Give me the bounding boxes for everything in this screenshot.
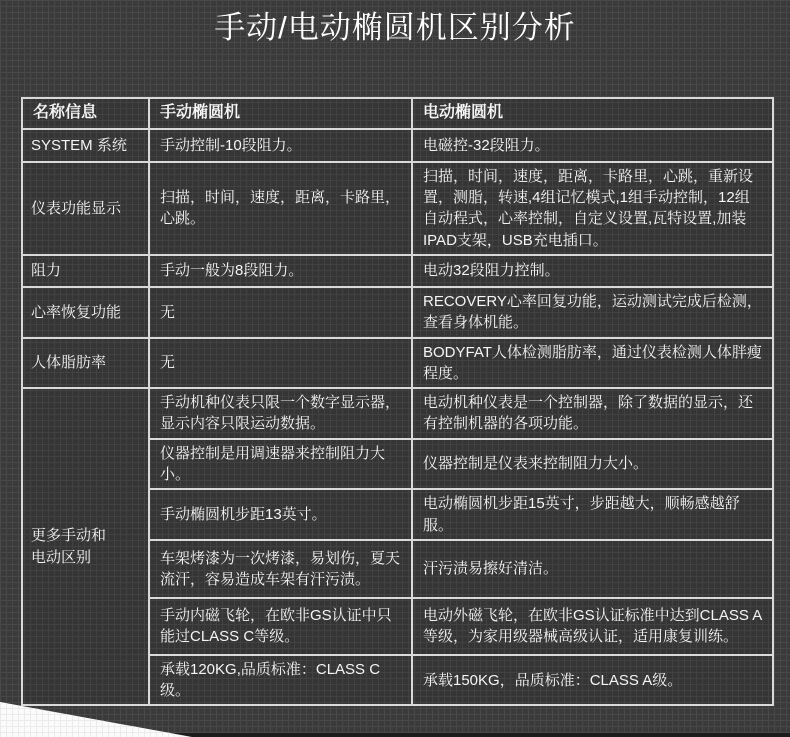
manual-cell: 仪器控制是用调速器来控制阻力大小。 <box>149 439 412 490</box>
electric-cell: 承载150KG，品质标准：CLASS A级。 <box>412 655 773 706</box>
col-header-electric: 电动椭圆机 <box>412 98 773 129</box>
page-background: { "title": "手动/电动椭圆机区别分析", "table": { "h… <box>0 0 790 737</box>
manual-cell: 车架烤漆为一次烤漆，易划伤，夏天流汗，容易造成车架有汗污渍。 <box>149 540 412 598</box>
table-row: 心率恢复功能 无 RECOVERY心率回复功能，运动测试完成后检测，查看身体机能… <box>22 287 773 338</box>
row-label-bodyfat: 人体脂肪率 <box>22 338 149 389</box>
table-row: 更多手动和 电动区别 手动机种仪表只限一个数字显示器，显示内容只限运动数据。 电… <box>22 388 773 439</box>
manual-cell: 手动机种仪表只限一个数字显示器，显示内容只限运动数据。 <box>149 388 412 439</box>
manual-cell: 扫描，时间，速度，距离，卡路里，心跳。 <box>149 162 412 255</box>
manual-cell: 承载120KG,品质标准：CLASS C级。 <box>149 655 412 706</box>
electric-cell: BODYFAT人体检测脂肪率，通过仪表检测人体胖瘦程度。 <box>412 338 773 389</box>
electric-cell: 扫描，时间，速度，距离，卡路里，心跳，重新设置，测脂，转速,4组记忆模式,1组手… <box>412 162 773 255</box>
manual-cell: 手动一般为8段阻力。 <box>149 255 412 287</box>
table-row: SYSTEM 系统 手动控制-10段阻力。 电磁控-32段阻力。 <box>22 129 773 162</box>
row-label-recovery: 心率恢复功能 <box>22 287 149 338</box>
white-wedge-decoration <box>0 702 192 737</box>
electric-cell: 电动椭圆机步距15英寸，步距越大，顺畅感越舒服。 <box>412 489 773 540</box>
table-header-row: 名称信息 手动椭圆机 电动椭圆机 <box>22 98 773 129</box>
electric-cell: 电动外磁飞轮，在欧非GS认证标准中达到CLASS A等级，为家用级器械高级认证，… <box>412 598 773 655</box>
page-title: 手动/电动椭圆机区别分析 <box>0 2 790 47</box>
manual-cell: 无 <box>149 287 412 338</box>
electric-cell: RECOVERY心率回复功能，运动测试完成后检测，查看身体机能。 <box>412 287 773 338</box>
row-label-more-differences: 更多手动和 电动区别 <box>22 388 149 705</box>
manual-cell: 手动椭圆机步距13英寸。 <box>149 489 412 540</box>
electric-cell: 电动机种仪表是一个控制器，除了数据的显示，还有控制机器的各项功能。 <box>412 388 773 439</box>
col-header-manual: 手动椭圆机 <box>149 98 412 129</box>
electric-cell: 电磁控-32段阻力。 <box>412 129 773 162</box>
electric-cell: 电动32段阻力控制。 <box>412 255 773 287</box>
table-row: 仪表功能显示 扫描，时间，速度，距离，卡路里，心跳。 扫描，时间，速度，距离，卡… <box>22 162 773 255</box>
comparison-table: 名称信息 手动椭圆机 电动椭圆机 SYSTEM 系统 手动控制-10段阻力。 电… <box>21 97 774 706</box>
table-row: 阻力 手动一般为8段阻力。 电动32段阻力控制。 <box>22 255 773 287</box>
manual-cell: 手动控制-10段阻力。 <box>149 129 412 162</box>
table-row: 人体脂肪率 无 BODYFAT人体检测脂肪率，通过仪表检测人体胖瘦程度。 <box>22 338 773 389</box>
electric-cell: 仪器控制是仪表来控制阻力大小。 <box>412 439 773 490</box>
row-label-resistance: 阻力 <box>22 255 149 287</box>
manual-cell: 无 <box>149 338 412 389</box>
row-label-display: 仪表功能显示 <box>22 162 149 255</box>
row-label-system: SYSTEM 系统 <box>22 129 149 162</box>
manual-cell: 手动内磁飞轮，在欧非GS认证中只能过CLASS C等级。 <box>149 598 412 655</box>
electric-cell: 汗污渍易擦好清洁。 <box>412 540 773 598</box>
col-header-name-info: 名称信息 <box>22 98 149 129</box>
